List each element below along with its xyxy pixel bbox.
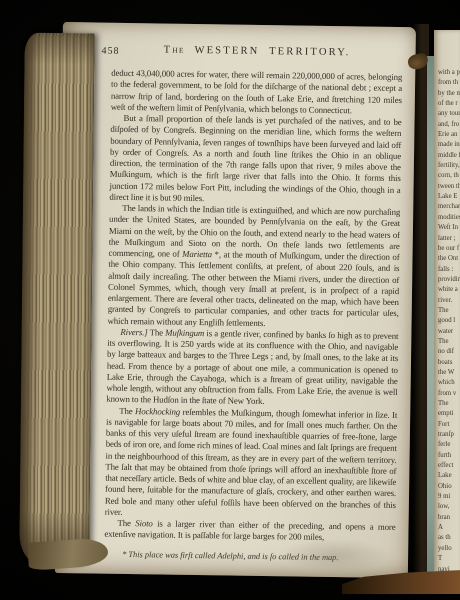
paragraph: deduct 43,040,000 acres for water, there… (111, 68, 403, 117)
facing-page-fragment: Erie an (438, 130, 460, 140)
facing-page-fragment: Ohio (438, 482, 460, 492)
facing-page-fragment: water (438, 327, 460, 337)
facing-page-fragment: any tour (438, 109, 460, 119)
running-title: THE WESTERN TERRITORY. (112, 44, 403, 59)
scanned-book-photo: 458 THE WESTERN TERRITORY. deduct 43,040… (0, 0, 460, 600)
facing-page-fragment: ferle (438, 440, 460, 450)
ink-smudge (280, 537, 390, 573)
facing-page-fragment: Lake E (438, 192, 460, 202)
paragraph: The Hockhocking reſembles the Muſkingum,… (105, 405, 398, 522)
facing-page-fragment: river. (438, 296, 460, 306)
facing-page-text-fragments: with a pfrom thby the mof the rany toura… (434, 30, 460, 587)
facing-page-fragment: Weſt In (438, 223, 460, 233)
facing-page-fragment: as th (438, 533, 460, 543)
facing-page-fragment: good l (438, 316, 460, 326)
facing-page-fragment: 9 mi (438, 492, 460, 502)
facing-page-fragment: Fort (438, 420, 460, 430)
facing-page-fragment: by the m (438, 89, 460, 99)
facing-page-fragment: The (438, 337, 460, 347)
facing-page-fragment: boats (438, 358, 460, 368)
facing-page-fragment: T (438, 554, 460, 564)
paragraph: Rivers.] The Muſkingum is a gentle river… (106, 326, 398, 409)
book-fore-edge-pages (19, 33, 95, 565)
facing-page-fragment: providin (438, 275, 460, 285)
facing-page-fragment: from v (438, 389, 460, 399)
facing-page-fragment: The (438, 306, 460, 316)
facing-page-fragment: white a (438, 285, 460, 295)
facing-page-fragment: bran (438, 513, 460, 523)
facing-page-fragment: with a p (438, 68, 460, 78)
facing-page-fragment: Lake (438, 471, 460, 481)
paragraph: The lands in which the Indian title is e… (107, 203, 400, 331)
page-content: 458 THE WESTERN TERRITORY. deduct 43,040… (55, 22, 416, 563)
facing-page-fragment: A (438, 523, 460, 533)
running-title-the-cap: T (164, 44, 173, 55)
paragraph: But a ſmall proportion of theſe lands is… (109, 113, 401, 207)
book-page: 458 THE WESTERN TERRITORY. deduct 43,040… (55, 22, 416, 578)
facing-page-fragment: the W (438, 368, 460, 378)
facing-page-fragment: no dif (438, 347, 460, 357)
facing-page-fragment: corn, th (438, 171, 460, 181)
facing-page-fragment: tranſp (438, 430, 460, 440)
running-title-main: WESTERN TERRITORY. (194, 45, 350, 58)
facing-page-fragment: fertility, (438, 161, 460, 171)
facing-page-fragment: middle f (438, 151, 460, 161)
facing-page-fragment: furth (438, 451, 460, 461)
facing-page-sliver: with a pfrom thby the mof the rany toura… (434, 30, 460, 587)
facing-page-fragment: made in (438, 140, 460, 150)
facing-page-fragment: yello (438, 544, 460, 554)
facing-page-fragment: from th (438, 78, 460, 88)
facing-page-fragment: modities (438, 213, 460, 223)
running-title-the-small: HE (172, 46, 185, 55)
facing-page-fragment: tween th (438, 182, 460, 192)
facing-page-fragment: which (438, 378, 460, 388)
facing-page-fragment: The (438, 399, 460, 409)
facing-page-fragment: low, (438, 502, 460, 512)
facing-page-fragment: of the r (438, 99, 460, 109)
page-header: 458 THE WESTERN TERRITORY. (111, 44, 402, 62)
binding-cloth-strip (427, 56, 434, 588)
facing-page-fragment: be our f (438, 244, 460, 254)
page-body-text: deduct 43,040,000 acres for water, there… (104, 68, 402, 545)
facing-page-fragment: latter ; (438, 234, 460, 244)
facing-page-fragment: effect (438, 461, 460, 471)
facing-page-fragment: merchan (438, 202, 460, 212)
facing-page-fragment: the Ont (438, 254, 460, 264)
facing-page-fragment: falls : (438, 265, 460, 275)
facing-page-fragment: empti (438, 409, 460, 419)
facing-page-fragment: and, fro (438, 120, 460, 130)
